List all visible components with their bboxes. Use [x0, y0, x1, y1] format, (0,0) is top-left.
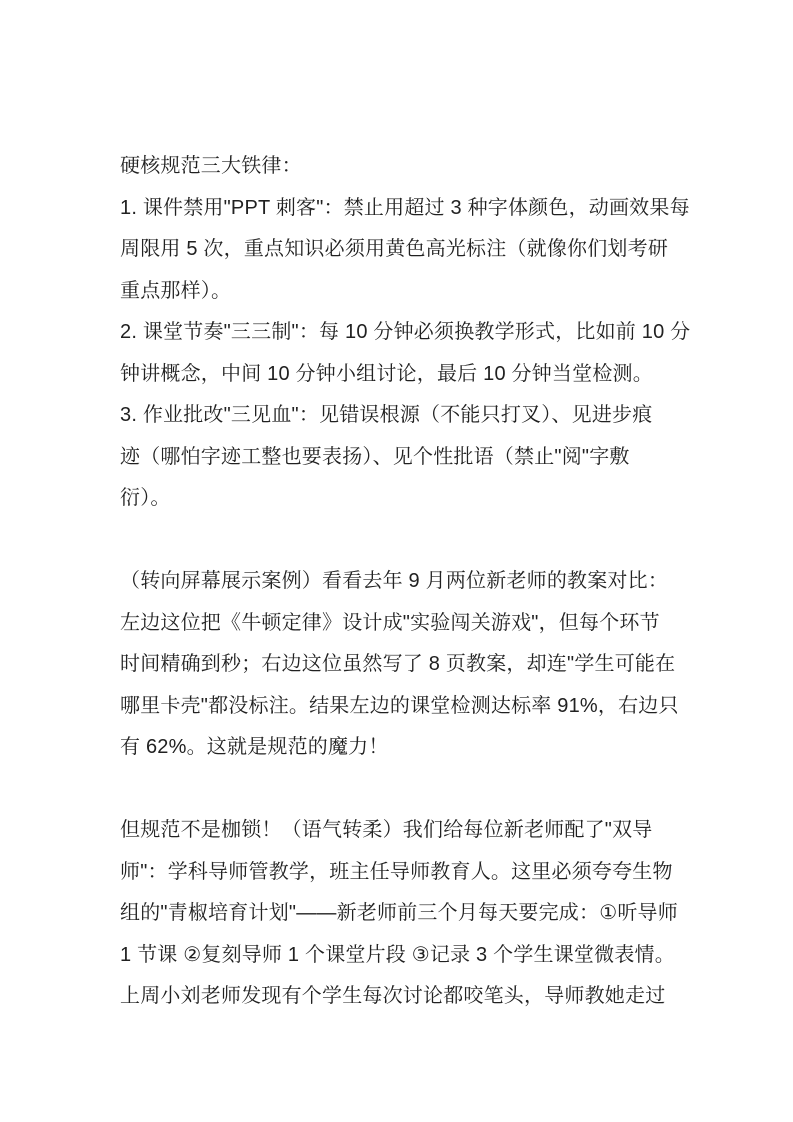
document-page: 硬核规范三大铁律：1. 课件禁用"PPT 刺客"：禁止用超过 3 种字体颜色，动…	[0, 0, 793, 1122]
text-line: 有 62%。这就是规范的魔力！	[120, 727, 680, 769]
text-line: 1 节课 ②复刻导师 1 个课堂片段 ③记录 3 个学生课堂微表情。	[120, 935, 680, 977]
text-line: 师"：学科导师管教学，班主任导师教育人。这里必须夸夸生物	[120, 852, 680, 894]
text-line: 时间精确到秒；右边这位虽然写了 8 页教案，却连"学生可能在	[120, 644, 680, 686]
text-line: 3. 作业批改"三见血"：见错误根源（不能只打叉）、见进步痕	[120, 395, 680, 437]
text-line: 组的"青椒培育计划"——新老师前三个月每天要完成：①听导师	[120, 893, 680, 935]
text-line: （转向屏幕展示案例）看看去年 9 月两位新老师的教案对比：	[120, 561, 680, 603]
paragraph: 硬核规范三大铁律：1. 课件禁用"PPT 刺客"：禁止用超过 3 种字体颜色，动…	[120, 146, 680, 520]
paragraph: （转向屏幕展示案例）看看去年 9 月两位新老师的教案对比：左边这位把《牛顿定律》…	[120, 561, 680, 769]
text-line: 但规范不是枷锁！（语气转柔）我们给每位新老师配了"双导	[120, 810, 680, 852]
text-line: 1. 课件禁用"PPT 刺客"：禁止用超过 3 种字体颜色，动画效果每	[120, 188, 680, 230]
text-line: 重点那样）。	[120, 271, 680, 313]
text-line: 2. 课堂节奏"三三制"：每 10 分钟必须换教学形式，比如前 10 分	[120, 312, 680, 354]
paragraph: 但规范不是枷锁！（语气转柔）我们给每位新老师配了"双导师"：学科导师管教学，班主…	[120, 810, 680, 1018]
text-line: 迹（哪怕字迹工整也要表扬）、见个性批语（禁止"阅"字敷	[120, 437, 680, 479]
text-line: 左边这位把《牛顿定律》设计成"实验闯关游戏"，但每个环节	[120, 603, 680, 645]
text-line: 硬核规范三大铁律：	[120, 146, 680, 188]
text-line: 上周小刘老师发现有个学生每次讨论都咬笔头，导师教她走过	[120, 976, 680, 1018]
text-line: 哪里卡壳"都没标注。结果左边的课堂检测达标率 91%，右边只	[120, 686, 680, 728]
text-line: 衍）。	[120, 478, 680, 520]
document-text-content: 硬核规范三大铁律：1. 课件禁用"PPT 刺客"：禁止用超过 3 种字体颜色，动…	[120, 146, 680, 1018]
text-line: 钟讲概念，中间 10 分钟小组讨论，最后 10 分钟当堂检测。	[120, 354, 680, 396]
text-line: 周限用 5 次，重点知识必须用黄色高光标注（就像你们划考研	[120, 229, 680, 271]
